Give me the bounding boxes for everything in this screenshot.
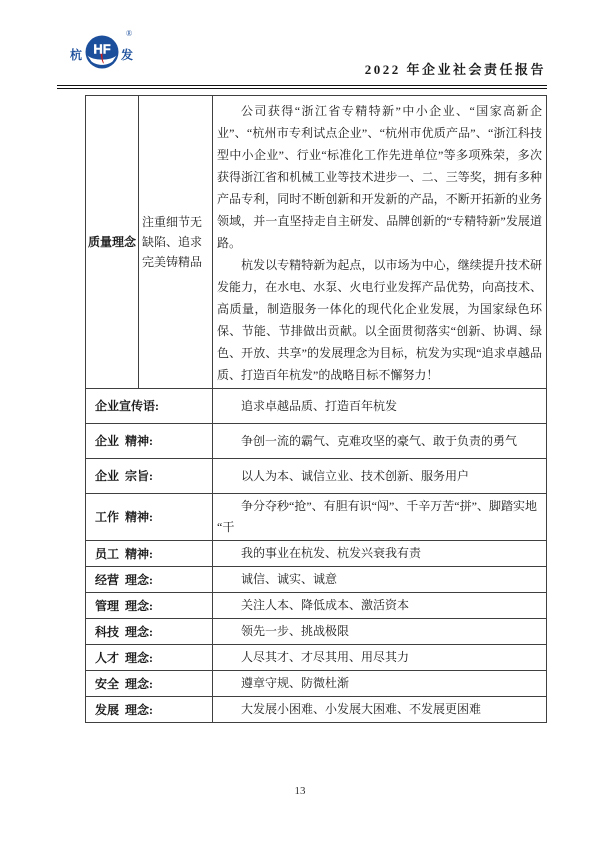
quality-concept-label: 质量理念 bbox=[86, 96, 139, 389]
logo-hf-text: HF bbox=[93, 42, 110, 57]
row-work-spirit: 工作 精神: 争分夺秒“抢”、有胆有识“闯”、千辛万苦“拼”、脚踏实地 “干 bbox=[86, 494, 547, 541]
row-value: 人尽其才、才尽其用、用尽其力 bbox=[213, 645, 547, 671]
row-value: 诚信、诚实、诚意 bbox=[213, 567, 547, 593]
row-label: 员工 精神: bbox=[86, 541, 213, 567]
logo-left-character: 杭 bbox=[70, 46, 82, 63]
report-title: 2022 年企业社会责任报告 bbox=[365, 59, 546, 78]
logo-right-character: 发 bbox=[121, 46, 133, 63]
registered-trademark-icon: ® bbox=[126, 29, 132, 38]
row-value: 关注人本、降低成本、激活资本 bbox=[213, 593, 547, 619]
row-enterprise-spirit: 企业 精神: 争创一流的霸气、克难攻坚的豪气、敢于负责的勇气 bbox=[86, 424, 547, 459]
row-label: 发展 理念: bbox=[86, 697, 213, 723]
row-value: 追求卓越品质、打造百年杭发 bbox=[213, 389, 547, 424]
row-label: 管理 理念: bbox=[86, 593, 213, 619]
row-development-philosophy: 发展 理念: 大发展小困难、小发展大困难、不发展更困难 bbox=[86, 697, 547, 723]
row-technology-philosophy: 科技 理念: 领先一步、挑战极限 bbox=[86, 619, 547, 645]
description-paragraph-2: 杭发以专精特新为起点，以市场为中心，继续提升技术研发能力，在水电、水泵、火电行业… bbox=[217, 254, 542, 386]
quality-concept-description: 公司获得“浙江省专精特新”中小企业、“国家高新企业”、“杭州市专利试点企业”、“… bbox=[213, 96, 547, 389]
description-paragraph-1: 公司获得“浙江省专精特新”中小企业、“国家高新企业”、“杭州市专利试点企业”、“… bbox=[217, 100, 542, 254]
row-label: 企业宣传语: bbox=[86, 389, 213, 424]
row-label: 企业 宗旨: bbox=[86, 459, 213, 494]
row-value: 以人为本、诚信立业、技术创新、服务用户 bbox=[213, 459, 547, 494]
row-staff-spirit: 员工 精神: 我的事业在杭发、杭发兴衰我有责 bbox=[86, 541, 547, 567]
quality-concept-slogan: 注重细节无缺陷、追求完美铸精品 bbox=[139, 96, 213, 389]
row-label: 经营 理念: bbox=[86, 567, 213, 593]
row-talent-philosophy: 人才 理念: 人尽其才、才尽其用、用尽其力 bbox=[86, 645, 547, 671]
row-value: 领先一步、挑战极限 bbox=[213, 619, 547, 645]
row-safety-philosophy: 安全 理念: 遵章守规、防微杜渐 bbox=[86, 671, 547, 697]
company-logo: 杭 HF 发 ® bbox=[66, 30, 146, 74]
row-slogan: 企业宣传语: 追求卓越品质、打造百年杭发 bbox=[86, 389, 547, 424]
row-label: 科技 理念: bbox=[86, 619, 213, 645]
row-label: 人才 理念: bbox=[86, 645, 213, 671]
row-label: 工作 精神: bbox=[86, 494, 213, 541]
document-page: 杭 HF 发 ® 2022 年企业社会责任报告 质量理念 注重细节无缺陷、追求完… bbox=[0, 0, 600, 848]
row-label: 安全 理念: bbox=[86, 671, 213, 697]
row-enterprise-purpose: 企业 宗旨: 以人为本、诚信立业、技术创新、服务用户 bbox=[86, 459, 547, 494]
hf-circle-logo-icon: HF bbox=[84, 34, 120, 70]
row-label: 企业 精神: bbox=[86, 424, 213, 459]
row-business-philosophy: 经营 理念: 诚信、诚实、诚意 bbox=[86, 567, 547, 593]
row-quality-concept: 质量理念 注重细节无缺陷、追求完美铸精品 公司获得“浙江省专精特新”中小企业、“… bbox=[86, 96, 547, 389]
row-value: 遵章守规、防微杜渐 bbox=[213, 671, 547, 697]
header-divider bbox=[57, 85, 547, 89]
row-value: 争分夺秒“抢”、有胆有识“闯”、千辛万苦“拼”、脚踏实地 “干 bbox=[213, 494, 547, 541]
row-value: 我的事业在杭发、杭发兴衰我有责 bbox=[213, 541, 547, 567]
row-value: 争创一流的霸气、克难攻坚的豪气、敢于负责的勇气 bbox=[213, 424, 547, 459]
row-value: 大发展小困难、小发展大困难、不发展更困难 bbox=[213, 697, 547, 723]
page-number: 13 bbox=[0, 785, 600, 797]
philosophy-table: 质量理念 注重细节无缺陷、追求完美铸精品 公司获得“浙江省专精特新”中小企业、“… bbox=[85, 95, 547, 723]
row-management-philosophy: 管理 理念: 关注人本、降低成本、激活资本 bbox=[86, 593, 547, 619]
